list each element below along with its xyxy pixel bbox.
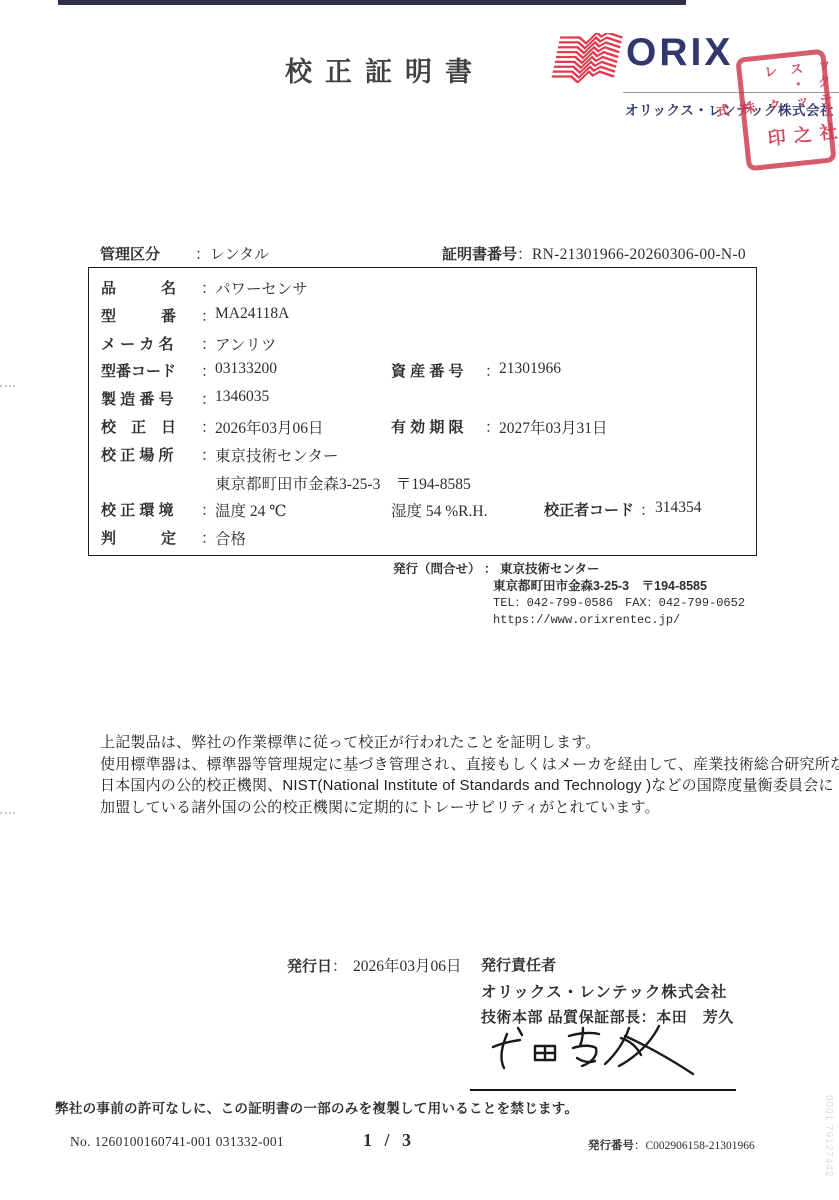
orix-emblem-icon: [549, 33, 623, 83]
responsible-label: 発行責任者: [481, 954, 556, 975]
issuer-address: 東京都町田市金森3-25-3 〒194-8585: [393, 578, 745, 595]
orix-wordmark: ORIX: [626, 31, 733, 75]
table-row: 校 正 日：2026年03月06日 有 効 期 限：2027年03月31日: [89, 416, 756, 444]
issuer-label: 発行（問合せ）: [393, 562, 481, 576]
scan-edge-code: 0001 79127442: [818, 1095, 834, 1200]
signature-line: [470, 1089, 736, 1091]
issue-number: 発行番号：C002906158-21301966: [588, 1137, 755, 1153]
scan-top-edge: [58, 0, 686, 5]
table-row: 型 番：MA24118A: [89, 305, 756, 333]
handwritten-signature: [487, 1020, 707, 1084]
meta-line: 管理区分 ：レンタル 証明書番号：RN-21301966-20260306-00…: [100, 243, 800, 264]
issuer-contact-block: 発行（問合せ） ： 東京技術センター 東京都町田市金森3-25-3 〒194-8…: [393, 561, 745, 629]
certification-statement: 上記製品は、弊社の作業標準に従って校正が行われたことを証明します。 使用標準器は…: [100, 732, 800, 818]
table-row: 判 定：合格: [89, 527, 756, 555]
table-row: 製 造 番 号：1346035: [89, 388, 756, 416]
copy-restriction-note: 弊社の事前の許可なしに、この証明書の一部のみを複製して用いることを禁じます。: [55, 1097, 578, 1117]
document-title: 校正証明書: [225, 50, 545, 89]
cert-no-label: 証明書番号: [442, 246, 517, 263]
table-row: 校 正 場 所：東京技術センター: [89, 444, 756, 472]
issuer-tel-fax: TEL：042-799-0586 FAX：042-799-0652: [393, 595, 745, 612]
category-value: レンタル: [210, 247, 269, 263]
scan-left-mark: [0, 812, 15, 814]
instrument-info-table: 品 名：パワーセンサ 型 番：MA24118A メ ー カ 名：アンリツ 型番コ…: [88, 267, 757, 556]
table-row: 東京都町田市金森3-25-3 〒194-8585: [89, 472, 756, 500]
issuing-company: オリックス・レンテック株式会社: [481, 980, 727, 1002]
cert-no-value: RN-21301966-20260306-00-N-0: [532, 246, 746, 263]
table-row: メ ー カ 名：アンリツ: [89, 333, 756, 361]
company-seal-stamp: オリックス・レ ンテック株式 会社之印: [735, 49, 836, 172]
page-number: 1 / 3: [363, 1130, 415, 1151]
table-row: 型番コード：03133200 資 産 番 号：21301966: [89, 360, 756, 388]
category-label: 管理区分: [100, 246, 160, 263]
scan-left-mark: [0, 385, 15, 387]
calibration-certificate-page: 0001 79127442 校正証明書 ORIX オリックス・レンテック株式会社…: [0, 0, 839, 1200]
table-row: 品 名：パワーセンサ: [89, 277, 756, 305]
table-row: 校 正 環 境：温度 24 ℃ 湿度 54 %R.H. 校正者コード：31435…: [89, 499, 756, 527]
issuer-name: 東京技術センター: [500, 562, 600, 576]
issue-date: 発行日：2026年03月06日: [287, 954, 462, 976]
document-number: No. 1260100160741-001 031332-001: [70, 1134, 284, 1150]
issuer-url: https://www.orixrentec.jp/: [393, 612, 745, 629]
